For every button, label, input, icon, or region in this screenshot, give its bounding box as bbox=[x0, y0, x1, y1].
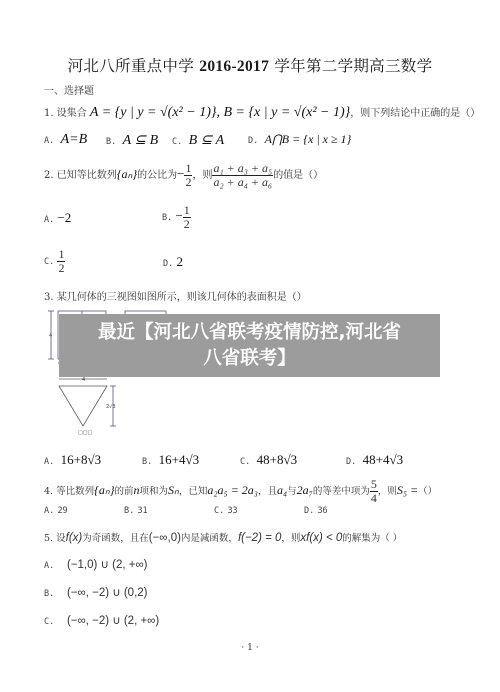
stem-math: (−∞,0) bbox=[149, 532, 181, 544]
stem-text: ，则 bbox=[378, 486, 397, 497]
option-fraction: 12 bbox=[57, 248, 65, 275]
title-suffix: 学年第二学期高三数学 bbox=[269, 57, 432, 75]
stem-text: 的公比为 bbox=[137, 170, 177, 181]
option-label: B. bbox=[142, 457, 152, 467]
option-text: 16+4√3 bbox=[159, 452, 199, 467]
stem-text: 已知等比数列 bbox=[57, 170, 117, 181]
numerator: 1 bbox=[57, 248, 65, 262]
banner-line-2: 八省联考】 bbox=[59, 346, 440, 371]
q1-option-a[interactable]: A. A=B bbox=[44, 132, 87, 148]
stem-text: 为奇函数，且在 bbox=[82, 533, 149, 544]
option-text: 33 bbox=[227, 506, 237, 516]
q2-option-d[interactable]: D. 2 bbox=[163, 254, 183, 270]
middle-term-fraction: 54 bbox=[370, 478, 378, 505]
stem-text: 设 bbox=[56, 533, 66, 544]
numerator: a₁ + a₃ + a₅ bbox=[212, 162, 273, 176]
option-label: D. bbox=[163, 259, 173, 269]
q3-option-a[interactable]: A. 16+8√3 bbox=[44, 452, 101, 468]
stem-text: ，已知 bbox=[179, 486, 208, 497]
option-text: (−∞, −2) ∪ (2, +∞) bbox=[67, 615, 159, 627]
stem-text: ，则 bbox=[281, 533, 300, 544]
option-text: 31 bbox=[137, 506, 147, 516]
page-number: · 1 · bbox=[0, 643, 500, 653]
option-label: B. bbox=[162, 213, 172, 223]
stem-math: f(−2) = 0 bbox=[238, 532, 281, 544]
denominator: 2 bbox=[183, 218, 191, 231]
option-text: 29 bbox=[57, 506, 67, 516]
question-number: 5. bbox=[44, 533, 53, 544]
option-text: B ⊆ A bbox=[189, 133, 225, 148]
document-title: 河北八所重点中学 2016-2017 学年第二学期高三数学 bbox=[0, 54, 500, 76]
denominator: a₂ + a₄ + a₆ bbox=[212, 176, 273, 189]
option-text: A ⊆ B bbox=[123, 133, 159, 148]
ratio-expression: a₁ + a₃ + a₅a₂ + a₄ + a₆ bbox=[212, 162, 273, 189]
stem-math: 2a₇ bbox=[297, 483, 313, 497]
option-label: B. bbox=[124, 506, 134, 516]
option-sign: − bbox=[175, 208, 182, 223]
section-heading: 一、选择题 bbox=[44, 82, 94, 97]
option-text: 48+8√3 bbox=[257, 452, 297, 467]
title-prefix: 河北八所重点中学 bbox=[68, 57, 200, 75]
stem-text: 项和为 bbox=[140, 486, 169, 497]
option-fraction: 12 bbox=[183, 204, 191, 231]
q1-option-b[interactable]: B. A ⊆ B bbox=[106, 132, 158, 149]
option-label: A. bbox=[44, 215, 54, 225]
option-text: A⋂B = {x | x ≥ 1} bbox=[265, 132, 352, 146]
option-label: A. bbox=[44, 561, 54, 571]
numerator: 5 bbox=[370, 478, 378, 492]
banner-line-1: 最近【河北八省联考疫情防控,河北省 bbox=[59, 320, 440, 345]
dimension-label: 4 bbox=[49, 333, 52, 339]
stem-math: a₂a₅ = 2a₃ bbox=[207, 483, 258, 497]
option-label: A. bbox=[44, 506, 54, 516]
option-label: B. bbox=[44, 589, 54, 599]
option-label: A. bbox=[44, 457, 54, 467]
stem-text: 的解集为（ ） bbox=[342, 533, 402, 544]
option-text: −2 bbox=[57, 210, 71, 225]
option-label: D. bbox=[346, 457, 356, 467]
option-label: C. bbox=[172, 137, 182, 147]
q3-option-b[interactable]: B. 16+4√3 bbox=[142, 452, 199, 468]
q2-option-a[interactable]: A. −2 bbox=[44, 210, 71, 226]
option-label: D. bbox=[304, 506, 314, 516]
q4-option-d[interactable]: D. 36 bbox=[304, 505, 328, 516]
question-1-stem: 1. 设集合 A = {y | y = √(x² − 1)}, B = {x |… bbox=[44, 104, 480, 121]
stem-text: 某几何体的三视图如图所示，则该几何体的表面积是（） bbox=[57, 292, 307, 303]
question-3-stem: 3. 某几何体的三视图如图所示，则该几何体的表面积是（） bbox=[44, 288, 307, 303]
q2-option-b[interactable]: B. −12 bbox=[162, 204, 191, 231]
q4-option-b[interactable]: B. 31 bbox=[124, 505, 148, 516]
q5-option-b[interactable]: B. (−∞, −2) ∪ (0,2) bbox=[44, 585, 148, 599]
stem-math: A = {y | y = √(x² − 1)}, B = {x | y = √(… bbox=[90, 105, 350, 120]
dimension-label: 4 bbox=[82, 377, 85, 383]
stem-math: {aₙ} bbox=[117, 167, 137, 181]
stem-text: 的前 bbox=[115, 486, 134, 497]
title-years: 2016-2017 bbox=[199, 58, 269, 75]
option-text: 48+4√3 bbox=[363, 452, 403, 467]
overlay-banner[interactable]: 最近【河北八省联考疫情防控,河北省 八省联考】 bbox=[59, 314, 440, 377]
option-text: 2 bbox=[176, 254, 183, 269]
option-text: 36 bbox=[317, 506, 327, 516]
top-view-triangle bbox=[59, 386, 107, 426]
option-label: C. bbox=[44, 257, 54, 267]
stem-math: Sₙ bbox=[168, 483, 179, 497]
option-label: D. bbox=[248, 136, 258, 146]
question-2-stem: 2. 已知等比数列{aₙ}的公比为−12，则a₁ + a₃ + a₅a₂ + a… bbox=[44, 162, 323, 189]
q3-option-c[interactable]: C. 48+8√3 bbox=[240, 452, 297, 468]
ratio-sign: − bbox=[177, 166, 184, 181]
stem-math: a₄ bbox=[277, 483, 287, 497]
q5-option-c[interactable]: C. (−∞, −2) ∪ (2, +∞) bbox=[44, 613, 159, 627]
q5-option-a[interactable]: A. (−1,0) ∪ (2, +∞) bbox=[44, 557, 148, 571]
denominator: 2 bbox=[57, 262, 65, 275]
stem-text: ，且 bbox=[258, 486, 277, 497]
question-number: 1. bbox=[44, 108, 54, 119]
option-text: 16+8√3 bbox=[61, 452, 101, 467]
q1-option-c[interactable]: C. B ⊆ A bbox=[172, 132, 224, 149]
stem-text: 等比数列 bbox=[56, 486, 94, 497]
option-label: C. bbox=[240, 457, 250, 467]
option-text: (−1,0) ∪ (2, +∞) bbox=[67, 559, 148, 571]
question-4-stem: 4. 等比数列{aₙ}的前n项和为Sₙ，已知a₂a₅ = 2a₃，且a₄与2a₇… bbox=[44, 478, 437, 505]
q4-option-a[interactable]: A. 29 bbox=[44, 505, 68, 516]
option-label: A. bbox=[44, 136, 54, 146]
numerator: 1 bbox=[183, 204, 191, 218]
stem-text: 的等差中项为 bbox=[313, 486, 370, 497]
dimension-label: 2√3 bbox=[106, 404, 116, 410]
question-number: 3. bbox=[44, 292, 54, 303]
stem-text: 的值是（） bbox=[273, 170, 323, 181]
stem-text: （） bbox=[418, 486, 437, 497]
stem-math: S₅ = bbox=[397, 483, 418, 497]
denominator: 4 bbox=[370, 492, 378, 505]
stem-text: ，则 bbox=[192, 170, 212, 181]
q3-option-d[interactable]: D. 48+4√3 bbox=[346, 452, 403, 468]
question-number: 2. bbox=[44, 170, 54, 181]
stem-math: f(x) bbox=[66, 532, 83, 544]
stem-text: 内是减函数， bbox=[181, 533, 238, 544]
question-number: 4. bbox=[44, 486, 53, 497]
q4-option-c[interactable]: C. 33 bbox=[214, 505, 238, 516]
option-label: B. bbox=[106, 137, 116, 147]
stem-math: xf(x) < 0 bbox=[300, 532, 342, 544]
option-text: (−∞, −2) ∪ (0,2) bbox=[67, 587, 148, 599]
stem-math: {aₙ} bbox=[94, 483, 114, 497]
stem-text: 设集合 bbox=[57, 108, 87, 119]
stem-text: 与 bbox=[287, 486, 297, 497]
q1-option-d[interactable]: D. A⋂B = {x | x ≥ 1} bbox=[248, 132, 351, 147]
option-label: C. bbox=[214, 506, 224, 516]
view-caption: □□□ bbox=[78, 430, 92, 436]
q2-option-c[interactable]: C. 12 bbox=[44, 248, 65, 275]
option-text: A=B bbox=[61, 132, 88, 147]
question-5-stem: 5. 设f(x)为奇函数，且在(−∞,0)内是减函数，f(−2) = 0，则xf… bbox=[44, 530, 402, 544]
option-label: C. bbox=[44, 617, 54, 627]
stem-text: ，则下列结论中正确的是（） bbox=[350, 108, 480, 119]
